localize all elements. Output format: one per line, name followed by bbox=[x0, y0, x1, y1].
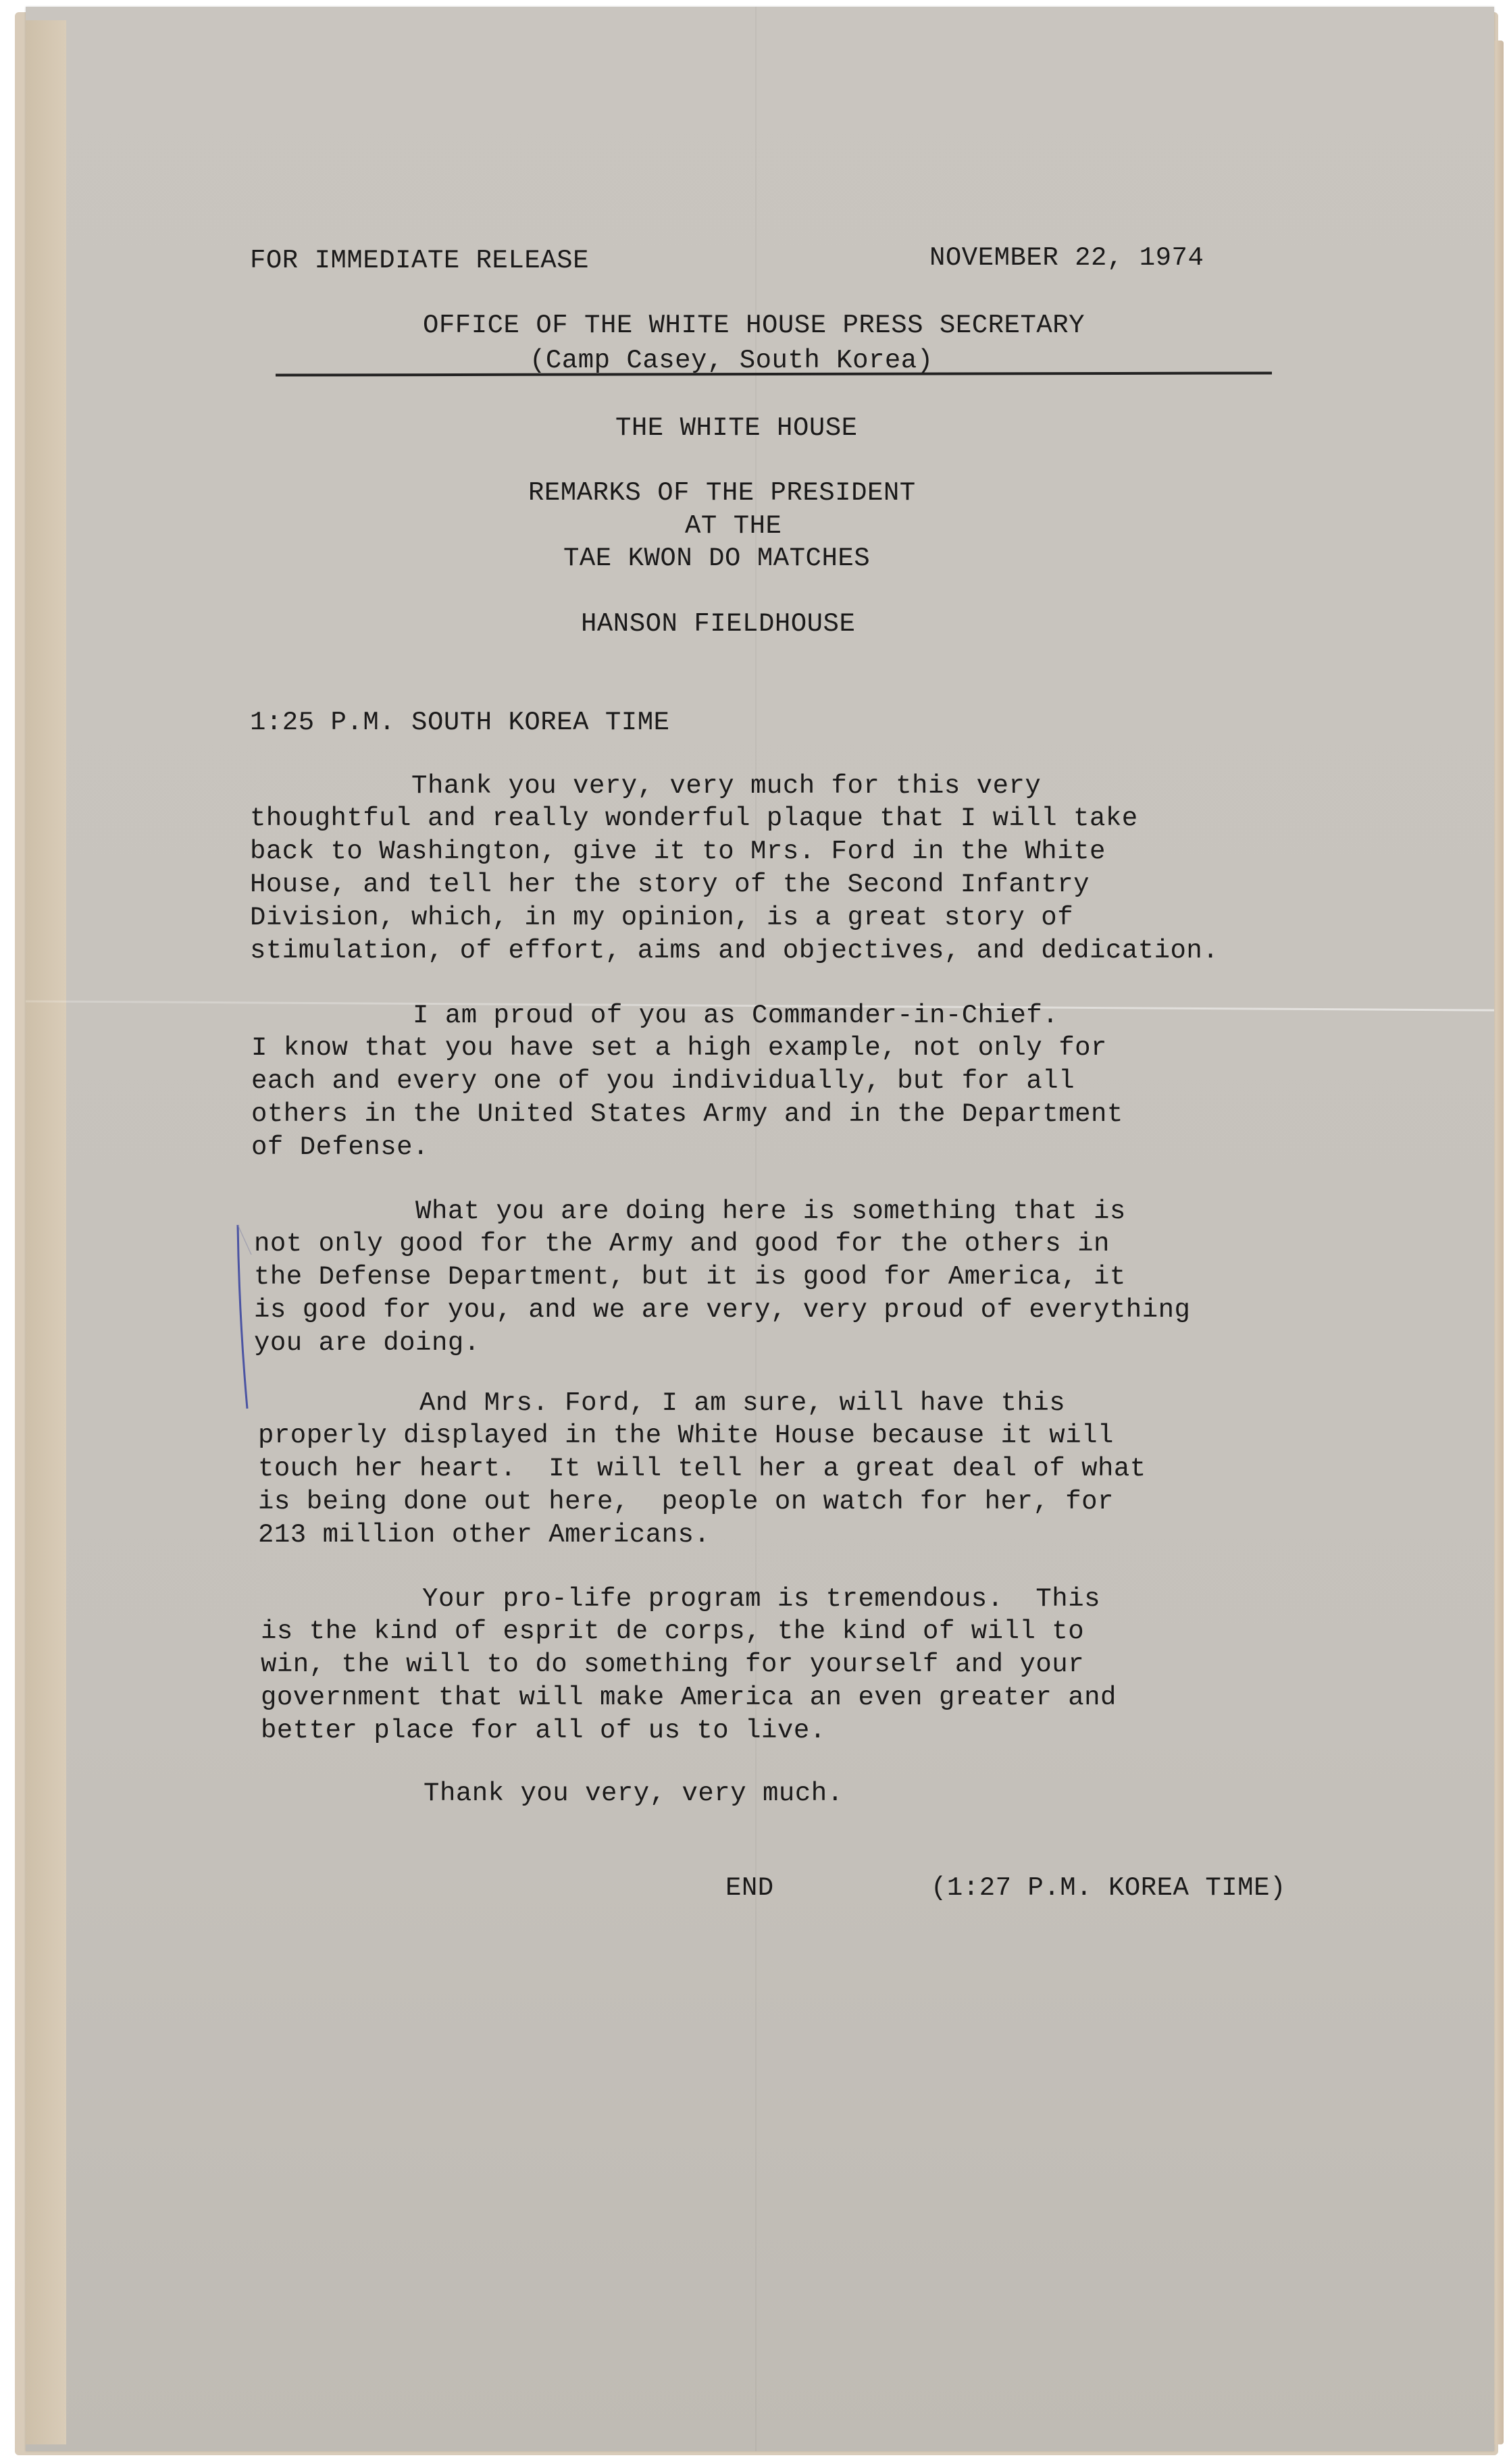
remarks-title-line-2: AT THE bbox=[685, 510, 782, 542]
handwritten-margin-line bbox=[235, 1222, 255, 1411]
paragraph-line: back to Washington, give it to Mrs. Ford… bbox=[250, 835, 1106, 868]
paragraph-line: not only good for the Army and good for … bbox=[254, 1228, 1110, 1260]
paragraph-line: Thank you very, very much. bbox=[262, 1777, 844, 1810]
paragraph-line: each and every one of you individually, … bbox=[251, 1065, 1075, 1097]
venue: HANSON FIELDHOUSE bbox=[581, 608, 855, 640]
release-date: NOVEMBER 22, 1974 bbox=[929, 242, 1204, 274]
paragraph-line: is good for you, and we are very, very p… bbox=[254, 1294, 1190, 1326]
start-time: 1:25 P.M. SOUTH KOREA TIME bbox=[250, 706, 670, 739]
paragraph-line: Thank you very, very much for this very bbox=[250, 770, 1041, 802]
paragraph-line: 213 million other Americans. bbox=[258, 1519, 710, 1551]
paragraph-line: win, the will to do something for yourse… bbox=[261, 1648, 1084, 1681]
remarks-title-line-1: REMARKS OF THE PRESIDENT bbox=[528, 477, 916, 509]
paragraph-line: you are doing. bbox=[254, 1327, 480, 1359]
end-time: (1:27 P.M. KOREA TIME) bbox=[931, 1872, 1286, 1904]
paragraph-line: I know that you have set a high example,… bbox=[251, 1032, 1107, 1064]
paragraph-line: thoughtful and really wonderful plaque t… bbox=[250, 802, 1138, 835]
paragraph-line: House, and tell her the story of the Sec… bbox=[250, 868, 1090, 901]
page-left-edge bbox=[26, 20, 66, 2444]
paragraph-line: What you are doing here is something tha… bbox=[254, 1195, 1126, 1228]
paragraph-line: stimulation, of effort, aims and objecti… bbox=[250, 935, 1219, 967]
paragraph-line: And Mrs. Ford, I am sure, will have this bbox=[258, 1387, 1065, 1419]
remarks-title-line-3: TAE KWON DO MATCHES bbox=[563, 542, 870, 575]
end-marker: END bbox=[725, 1872, 774, 1904]
paragraph-line: is the kind of esprit de corps, the kind… bbox=[261, 1615, 1084, 1648]
paragraph-line: properly displayed in the White House be… bbox=[258, 1419, 1114, 1452]
paragraph-line: government that will make America an eve… bbox=[261, 1681, 1117, 1714]
institution-name: THE WHITE HOUSE bbox=[615, 412, 858, 444]
paragraph-line: the Defense Department, but it is good f… bbox=[254, 1261, 1126, 1293]
paragraph-line: I am proud of you as Commander-in-Chief. bbox=[251, 999, 1058, 1032]
paragraph-line: of Defense. bbox=[251, 1131, 429, 1163]
paragraph-line: Your pro-life program is tremendous. Thi… bbox=[261, 1583, 1100, 1615]
press-release-page: FOR IMMEDIATE RELEASE NOVEMBER 22, 1974 … bbox=[26, 7, 1494, 2451]
office-title: OFFICE OF THE WHITE HOUSE PRESS SECRETAR… bbox=[423, 309, 1085, 342]
paragraph-line: better place for all of us to live. bbox=[261, 1714, 826, 1747]
paragraph-line: is being done out here, people on watch … bbox=[258, 1486, 1114, 1518]
paragraph-line: touch her heart. It will tell her a grea… bbox=[258, 1452, 1146, 1485]
paragraph-line: Division, which, in my opinion, is a gre… bbox=[250, 901, 1073, 934]
release-label: FOR IMMEDIATE RELEASE bbox=[250, 244, 589, 277]
paragraph-line: others in the United States Army and in … bbox=[251, 1098, 1123, 1130]
